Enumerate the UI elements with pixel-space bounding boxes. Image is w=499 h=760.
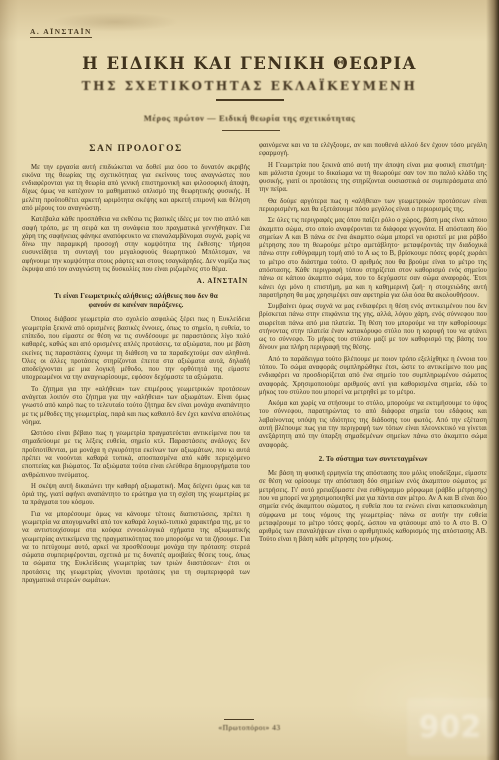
- paragraph: Σε όλες τις περιγραφές μας όπου παίζει ρ…: [259, 217, 487, 300]
- paragraph: Συμβαίνει όμως συχνά να μας ενδιαφέρει η…: [259, 303, 487, 353]
- section-heading-coordinates: 2. Το σύστημα των συντεταγμένων: [265, 455, 481, 464]
- paragraph: Η σκέψη αυτή δικαιώνει την καθαρή αξιωμα…: [22, 483, 250, 508]
- paragraph: Ακόμα και χωρίς να στήσουμε το στύλο, μπ…: [259, 400, 487, 450]
- page-title-line2: ΤΗΣ ΣΧΕΤΙΚΟΤΗΤΑΣ ΕΚΛΑΪΚΕΥΜΕΝΗ: [0, 79, 499, 93]
- paragraph: Με βάση τη φυσική ερμηνεία της απόστασης…: [259, 470, 487, 545]
- subsection-heading-line1: Τι είναι Γεωμετρικές αλήθειες; αλήθειες …: [54, 292, 218, 300]
- title-underline-rule: [216, 99, 284, 101]
- author-signature: Α. ΑΪΝΣΤΑΪΝ: [22, 277, 248, 286]
- paragraph: Κατέβαλα κάθε προσπάθεια να εκθέσω τις β…: [22, 216, 250, 274]
- paragraph: Θα δούμε αργότερα πως η «αλήθεια» των γε…: [259, 198, 487, 215]
- two-column-text-body: ΣΑΝ ΠΡΟΛΟΓΟΣ Με την εργασία αυτή επιδιώκ…: [22, 142, 488, 717]
- watermark-stamp: 902: [407, 698, 493, 756]
- paragraph: Με την εργασία αυτή επιδιώκεται να δοθεί…: [22, 164, 250, 214]
- scanned-document-page: Α. ΑΪΝΣΤΑΪΝ Η ΕΙΔΙΚΗ ΚΑΙ ΓΕΝΙΚΗ ΘΕΩΡΙΑ Τ…: [0, 0, 499, 760]
- part-subtitle: Μέρος πρώτον — Ειδική θεωρία της σχετικό…: [0, 113, 499, 123]
- page-title-line1: Η ΕΙΔΙΚΗ ΚΑΙ ΓΕΝΙΚΗ ΘΕΩΡΙΑ: [0, 54, 499, 73]
- subsection-heading-line2: φανούν σε κανέναν παράξενες.: [88, 301, 183, 309]
- right-column: φαινόμενα και να τα ελέγξουμε, αν και πο…: [259, 142, 487, 717]
- paragraph: Για να μπορέσουμε όμως να κάνουμε τέτοιε…: [22, 511, 250, 586]
- paragraph: φαινόμενα και να τα ελέγξουμε, αν και πο…: [259, 142, 487, 159]
- subsection-heading: Τι είναι Γεωμετρικές αλήθειες; αλήθειες …: [28, 292, 244, 311]
- footer-rule: [224, 719, 254, 720]
- paragraph: Το ζήτημα για την «αλήθεια» των επιμέρου…: [22, 386, 250, 427]
- paragraph: Από το παράδειγμα τούτο βλέπουμε με ποιο…: [259, 356, 487, 397]
- subtitle-underline-rule: [222, 130, 280, 131]
- author-header: Α. ΑΪΝΣΤΑΪΝ: [30, 27, 92, 38]
- prologue-heading: ΣΑΝ ΠΡΟΛΟΓΟΣ: [22, 144, 250, 156]
- left-column: ΣΑΝ ΠΡΟΛΟΓΟΣ Με την εργασία αυτή επιδιώκ…: [22, 142, 250, 717]
- paragraph: Ωστόσο είναι βέβαιο πως η γεωμετρία πραγ…: [22, 430, 250, 480]
- paragraph: Η Γεωμετρία που ξεκινά από αυτή την άποψ…: [259, 162, 487, 195]
- paragraph: Όποιος διάβασε γεωμετρία στο σχολείο ασφ…: [22, 316, 250, 382]
